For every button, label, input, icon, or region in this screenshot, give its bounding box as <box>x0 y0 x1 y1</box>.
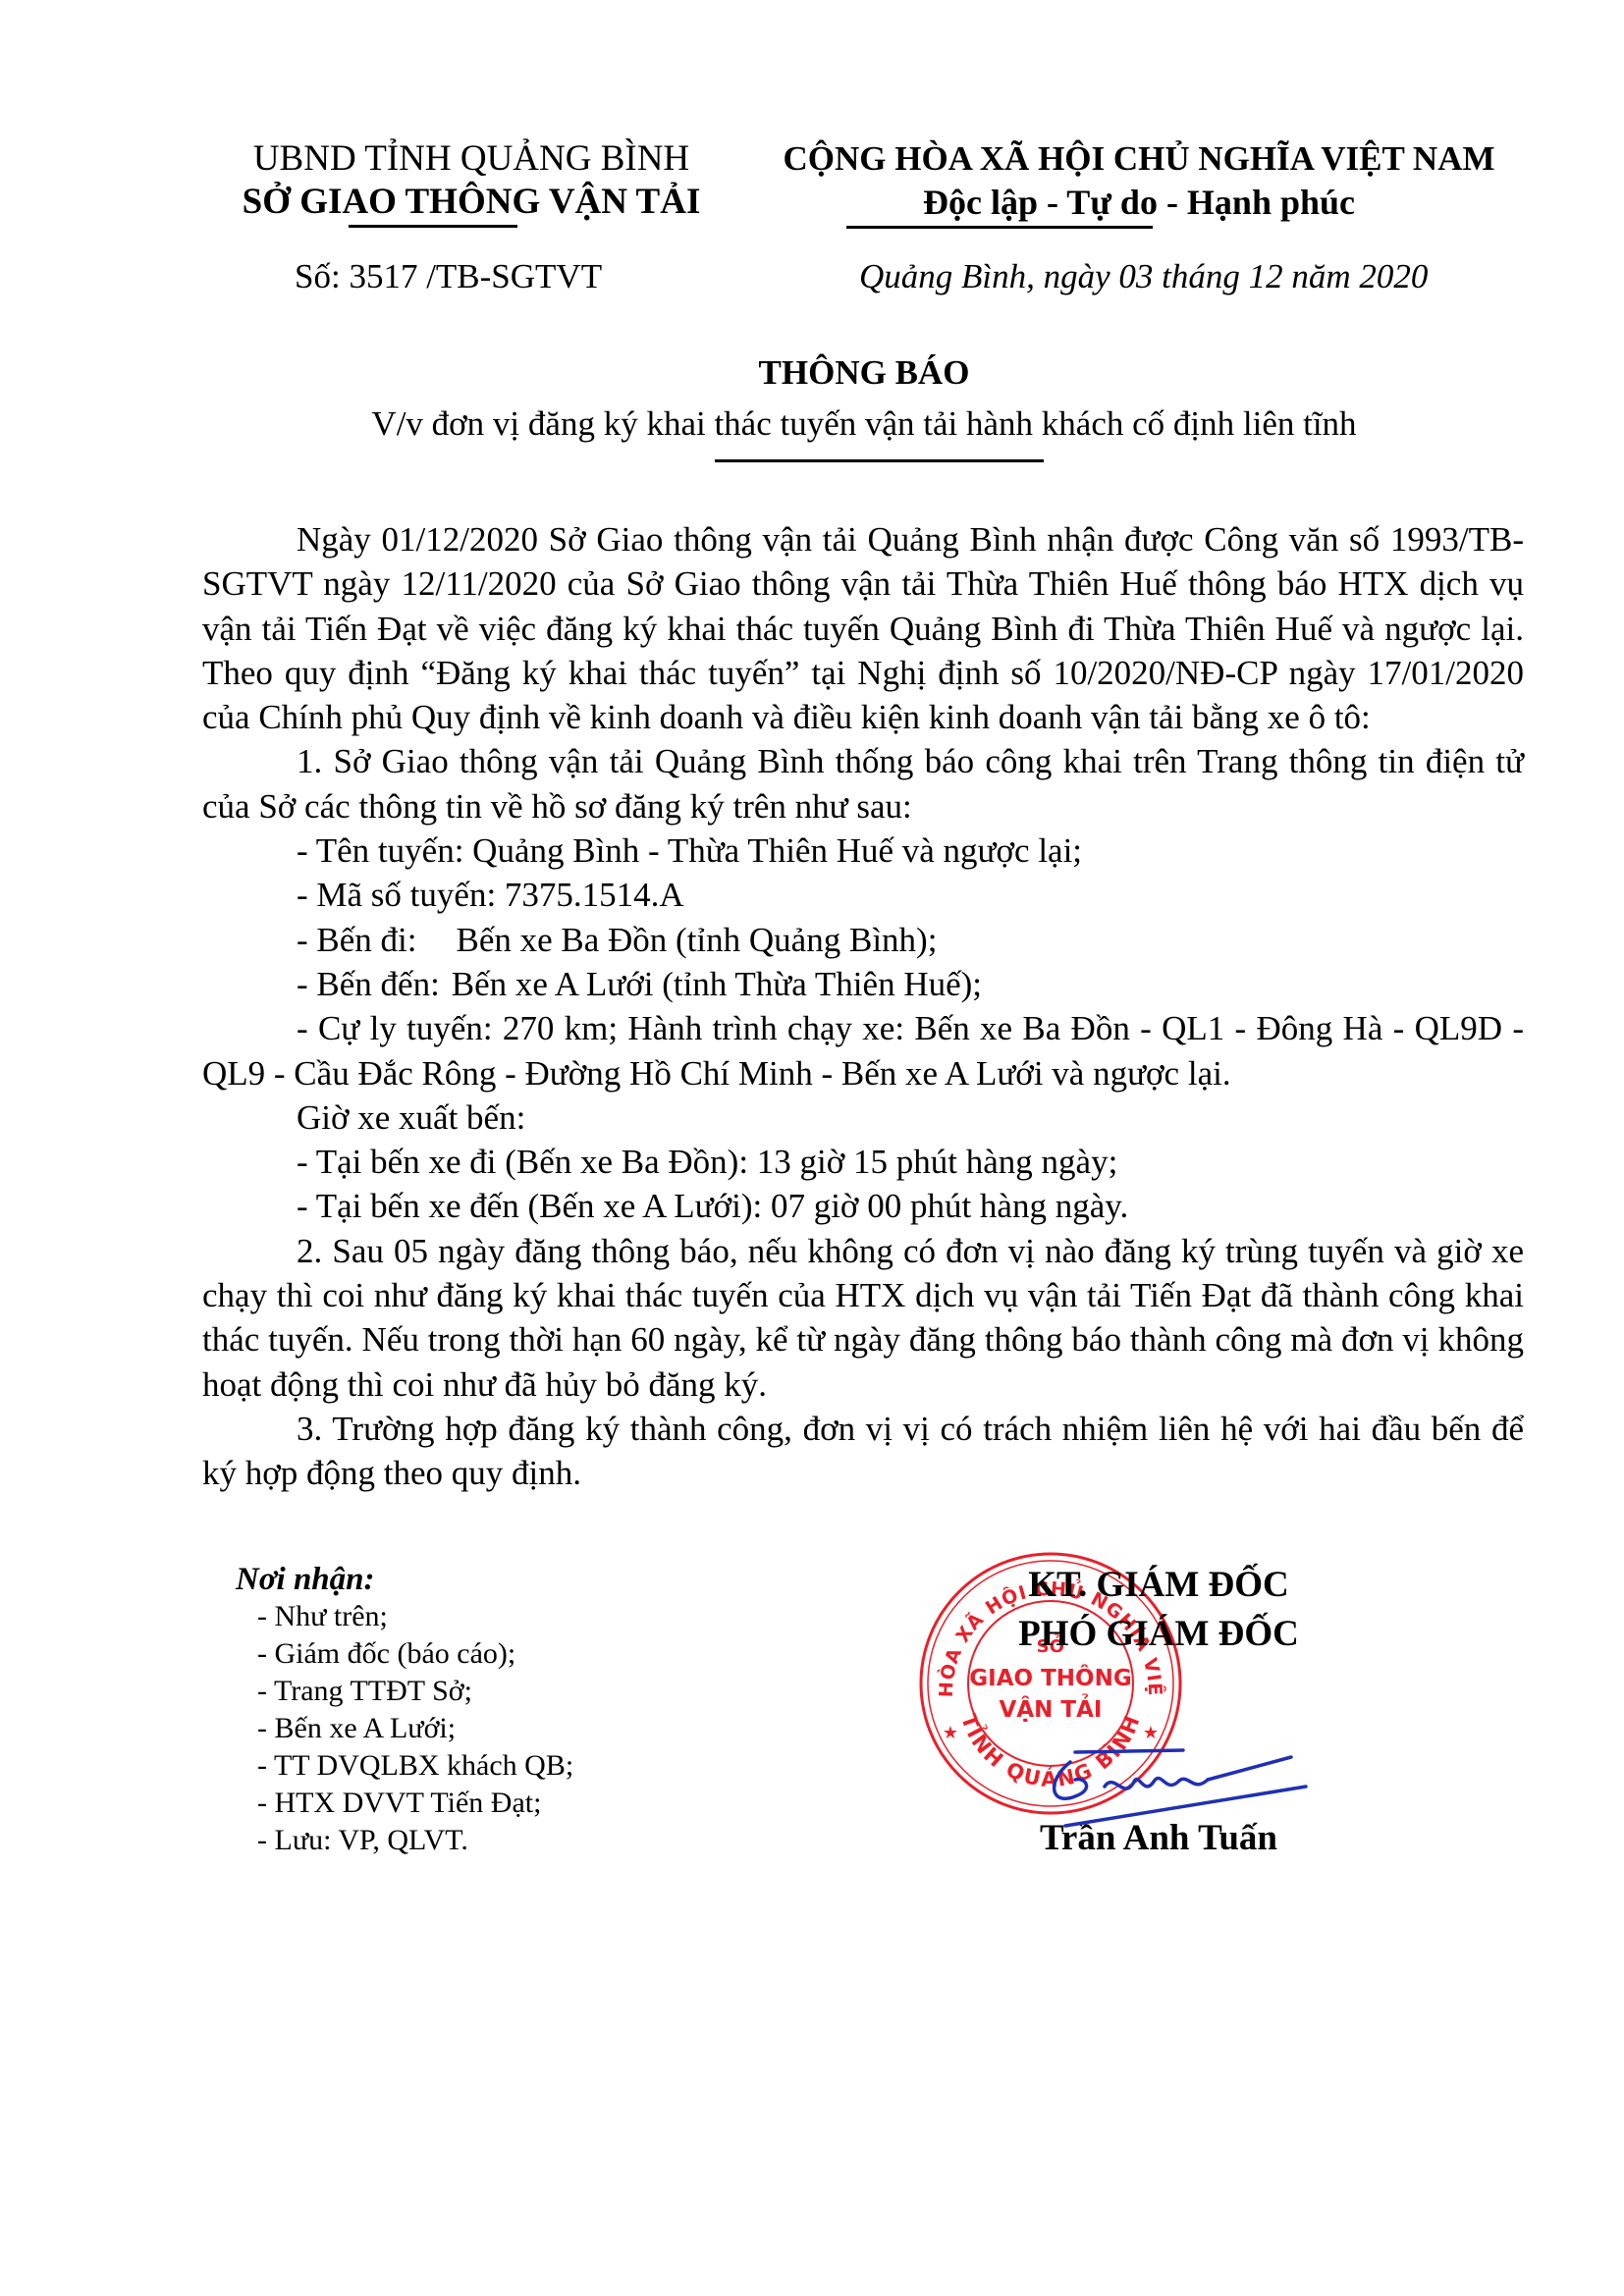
document-subject: V/v đơn vị đăng ký khai thác tuyến vận t… <box>196 404 1532 444</box>
route-name: - Tên tuyến: Quảng Bình - Thừa Thiên Huế… <box>202 828 1524 873</box>
authority-province: UBND TỈNH QUẢNG BÌNH <box>196 137 746 181</box>
document-title: THÔNG BÁO <box>196 353 1532 393</box>
authority-underline <box>349 225 517 228</box>
point-3: 3. Trường hợp đăng ký thành công, đơn vị… <box>202 1407 1524 1496</box>
recipient-item: - Trang TTĐT Sở; <box>236 1673 573 1710</box>
nation-name: CỘNG HÒA XÃ HỘI CHỦ NGHĨA VIỆT NAM <box>746 137 1532 181</box>
recipients-heading: Nơi nhận: <box>236 1561 573 1598</box>
route-code: - Mã số tuyến: 7375.1514.A <box>202 873 1524 917</box>
schedule-heading: Giờ xe xuất bến: <box>202 1095 1524 1140</box>
stamp-center-3: VẬN TẢI <box>1000 1693 1103 1723</box>
handwritten-signature <box>1046 1733 1321 1831</box>
recipient-item: - Bến xe A Lưới; <box>236 1710 573 1747</box>
recipient-item: - Giám đốc (báo cáo); <box>236 1635 573 1673</box>
signatory-title: KT. GIÁM ĐỐC PHÓ GIÁM ĐỐC <box>943 1561 1375 1659</box>
signatory-line-2: PHÓ GIÁM ĐỐC <box>943 1610 1375 1659</box>
document-number: Số: 3517 /TB-SGTVT <box>295 257 602 296</box>
schedule-departure: - Tại bến xe đi (Bến xe Ba Đồn): 13 giờ … <box>202 1140 1524 1184</box>
departure-station: - Bến đi:Bến xe Ba Đồn (tỉnh Quảng Bình)… <box>202 918 1524 962</box>
route-distance: - Cự ly tuyến: 270 km; Hành trình chạy x… <box>202 1006 1524 1095</box>
recipient-item: - TT DVQLBX khách QB; <box>236 1747 573 1785</box>
departure-label: - Bến đi: <box>297 921 416 959</box>
motto-underline <box>846 226 1153 229</box>
issuing-authority: UBND TỈNH QUẢNG BÌNH SỞ GIAO THÔNG VẬN T… <box>196 137 746 224</box>
authority-department: SỞ GIAO THÔNG VẬN TẢI <box>196 181 746 224</box>
stamp-center-2: GIAO THÔNG <box>969 1664 1131 1691</box>
recipient-item: - Lưu: VP, QLVT. <box>236 1822 573 1859</box>
national-motto: CỘNG HÒA XÃ HỘI CHỦ NGHĨA VIỆT NAM Độc l… <box>746 137 1532 224</box>
schedule-arrival: - Tại bến xe đến (Bến xe A Lưới): 07 giờ… <box>202 1184 1524 1228</box>
signatory-line-1: KT. GIÁM ĐỐC <box>943 1561 1375 1610</box>
arrival-label: - Bến đến: <box>297 965 440 1003</box>
intro-paragraph: Ngày 01/12/2020 Sở Giao thông vận tải Qu… <box>202 517 1524 739</box>
point-2: 2. Sau 05 ngày đăng thông báo, nếu không… <box>202 1229 1524 1407</box>
arrival-station: - Bến đến:Bến xe A Lưới (tỉnh Thừa Thiên… <box>202 962 1524 1006</box>
arrival-value: Bến xe A Lưới (tỉnh Thừa Thiên Huế); <box>452 965 982 1003</box>
nation-motto: Độc lập - Tự do - Hạnh phúc <box>746 181 1532 224</box>
recipients-block: Nơi nhận: - Như trên; - Giám đốc (báo cá… <box>236 1561 573 1859</box>
document-body: Ngày 01/12/2020 Sở Giao thông vận tải Qu… <box>202 517 1524 1496</box>
document-place-date: Quảng Bình, ngày 03 tháng 12 năm 2020 <box>859 257 1428 296</box>
stamp-star-left-icon: ★ <box>943 1723 958 1743</box>
subject-underline <box>715 459 1044 462</box>
recipient-item: - Như trên; <box>236 1598 573 1635</box>
departure-value: Bến xe Ba Đồn (tỉnh Quảng Bình); <box>456 921 937 959</box>
recipient-item: - HTX DVVT Tiến Đạt; <box>236 1785 573 1822</box>
point-1: 1. Sở Giao thông vận tải Quảng Bình thốn… <box>202 739 1524 828</box>
